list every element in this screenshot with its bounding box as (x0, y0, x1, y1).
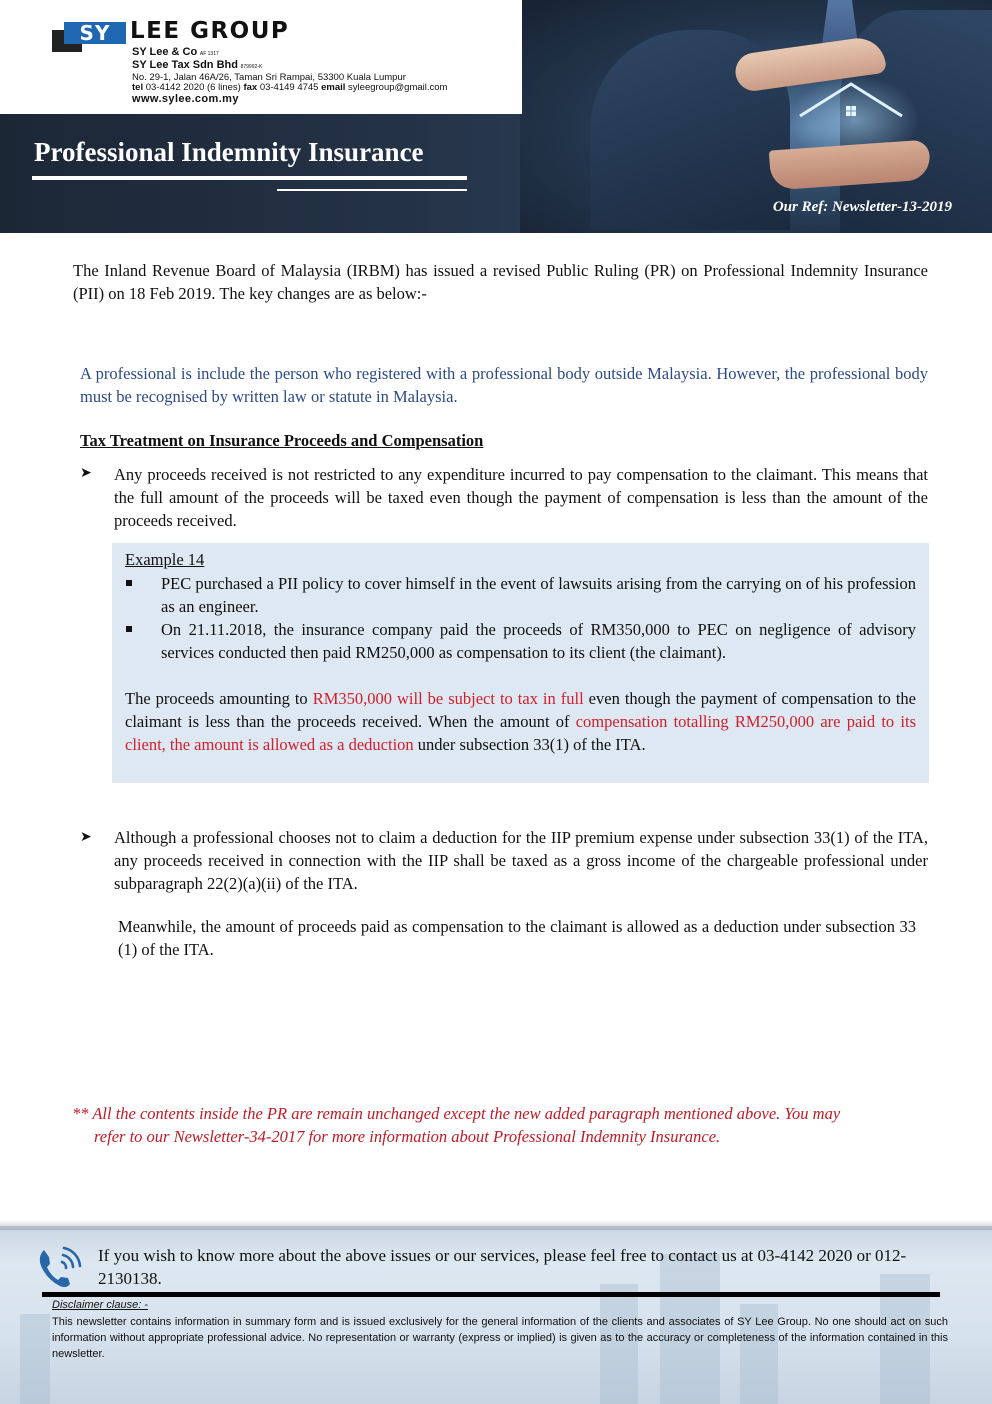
house-icon (796, 80, 906, 120)
company-tel: 03-4142 2020 (6 lines) (146, 82, 241, 93)
square-bullet-icon (126, 580, 132, 586)
highlight-text: RM350,000 will be subject to tax in full (313, 689, 584, 708)
company-name: LEE GROUP (130, 18, 289, 44)
section-heading: Tax Treatment on Insurance Proceeds and … (80, 431, 483, 451)
company-website[interactable]: www.sylee.com.my (132, 94, 447, 105)
company-logo: SY (52, 22, 124, 52)
example-item: On 21.11.2018, the insurance company pai… (161, 618, 916, 664)
bullet-item: Any proceeds received is not restricted … (114, 463, 928, 532)
phone-icon (38, 1244, 86, 1290)
newsletter-header: SY LEE GROUP SY Lee & Co AF 1317 SY Lee … (0, 0, 992, 233)
title-divider-secondary (277, 189, 467, 191)
professional-definition-note: A professional is include the person who… (80, 362, 928, 408)
title-divider (32, 176, 467, 180)
bullet-item: Although a professional chooses not to c… (114, 826, 928, 895)
newsletter-reference: Our Ref: Newsletter-13-2019 (773, 199, 952, 216)
disclaimer-text: This newsletter contains information in … (52, 1314, 948, 1362)
meanwhile-paragraph: Meanwhile, the amount of proceeds paid a… (118, 915, 916, 961)
square-bullet-icon (126, 626, 132, 632)
arrow-bullet-icon: ➤ (80, 465, 92, 482)
company-email[interactable]: syleegroup@gmail.com (348, 82, 447, 93)
example-item: PEC purchased a PII policy to cover hims… (161, 572, 916, 618)
city-background (20, 1314, 50, 1404)
company-fax: 03-4149 4745 (260, 82, 319, 93)
intro-paragraph: The Inland Revenue Board of Malaysia (IR… (73, 259, 928, 305)
disclaimer-title: Disclaimer clause: - (52, 1299, 148, 1311)
footer-divider (42, 1292, 940, 1297)
company-details: SY Lee & Co AF 1317 SY Lee Tax Sdn Bhd 8… (132, 47, 447, 105)
arrow-bullet-icon: ➤ (80, 829, 92, 846)
company-letterhead: SY LEE GROUP SY Lee & Co AF 1317 SY Lee … (0, 0, 522, 114)
example-box: Example 14 PEC purchased a PII policy to… (112, 543, 929, 783)
footnote: ** All the contents inside the PR are re… (72, 1102, 930, 1148)
page-title: Professional Indemnity Insurance (34, 137, 424, 168)
example-explanation: The proceeds amounting to RM350,000 will… (125, 687, 916, 756)
contact-info: If you wish to know more about the above… (98, 1244, 938, 1290)
example-title: Example 14 (125, 550, 204, 570)
